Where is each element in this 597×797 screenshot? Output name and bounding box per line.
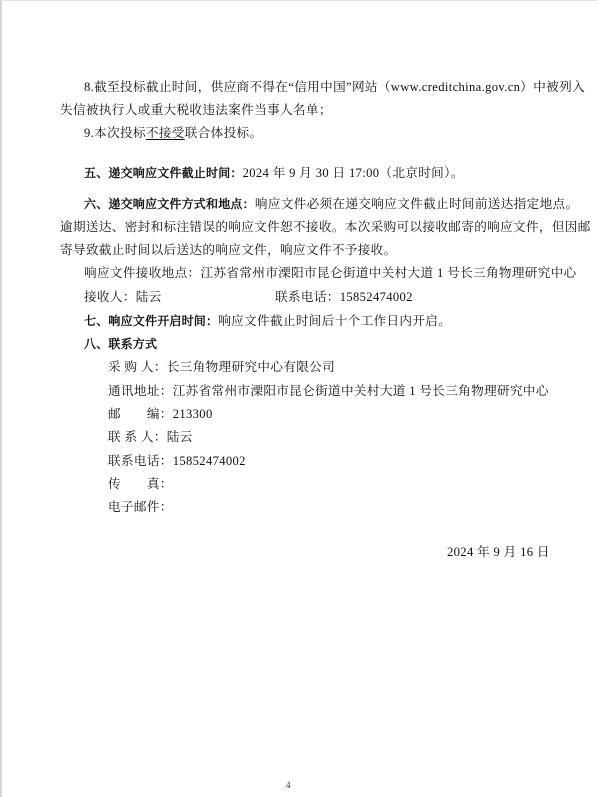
contact-value: 陆云: [167, 430, 193, 444]
contact-label: 邮 编：: [108, 406, 173, 422]
section-6-line-2: 逾期送达、密封和标注错误的响应文件恕不接收。本次采购可以接收邮寄的响应文件，但因…: [60, 219, 591, 235]
receiver: 接收人：陆云: [84, 289, 162, 305]
contact-email: 电子邮件：: [108, 499, 173, 515]
section-7-text: 响应文件截止时间后十个工作日内开启。: [218, 314, 451, 328]
section-5-text: 2024 年 9 月 30 日 17:00（北京时间）。: [243, 166, 464, 180]
page-number: 4: [286, 780, 291, 790]
contact-label: 电子邮件：: [108, 499, 173, 515]
document-page: 8.截至投标截止时间，供应商不得在“信用中国”网站（www.creditchin…: [0, 0, 597, 797]
item-8-line-1: 8.截至投标截止时间，供应商不得在“信用中国”网站（www.creditchin…: [84, 79, 585, 95]
contact-label: 通讯地址：: [108, 383, 173, 399]
item-9-prefix: 9.本次投标: [84, 126, 146, 140]
contact-value: 长三角物理研究中心有限公司: [167, 360, 335, 374]
contact-value: 江苏省常州市溧阳市昆仑街道中关村大道 1 号长三角物理研究中心: [173, 384, 549, 398]
receive-location: 响应文件接收地点：江苏省常州市溧阳市昆仑街道中关村大道 1 号长三角物理研究中心: [84, 265, 577, 281]
contact-label: 采 购 人：: [108, 359, 167, 375]
contact-postcode: 邮 编：213300: [108, 406, 213, 422]
item-9-underlined: 不接受: [146, 126, 185, 140]
contact-value: 213300: [173, 407, 213, 421]
contact-person: 联 系 人：陆云: [108, 429, 193, 445]
section-8-heading-text: 八、联系方式: [84, 337, 157, 351]
section-8-heading: 八、联系方式: [84, 336, 157, 352]
section-6-text: 响应文件必须在递交响应文件截止时间前送达指定地点。: [255, 197, 579, 211]
section-7: 七、响应文件开启时间：响应文件截止时间后十个工作日内开启。: [84, 313, 451, 329]
contact-label: 传 真：: [108, 476, 173, 492]
contact-address: 通讯地址：江苏省常州市溧阳市昆仑街道中关村大道 1 号长三角物理研究中心: [108, 383, 549, 399]
item-9-suffix: 联合体投标。: [185, 126, 263, 140]
section-5-heading: 五、递交响应文件截止时间：: [84, 166, 243, 180]
section-5: 五、递交响应文件截止时间：2024 年 9 月 30 日 17:00（北京时间）…: [84, 165, 464, 181]
item-9: 9.本次投标不接受联合体投标。: [84, 125, 262, 141]
contact-value: 15852474002: [173, 454, 246, 468]
contact-purchaser: 采 购 人：长三角物理研究中心有限公司: [108, 359, 335, 375]
section-6-heading: 六、递交响应文件方式和地点：: [84, 197, 255, 211]
section-6-line-1: 六、递交响应文件方式和地点：响应文件必须在递交响应文件截止时间前送达指定地点。: [84, 196, 578, 212]
receiver-phone: 联系电话：15852474002: [275, 289, 413, 305]
item-8-line-2: 失信被执行人或重大税收违法案件当事人名单；: [60, 102, 332, 118]
contact-phone: 联系电话：15852474002: [108, 453, 246, 469]
contact-label: 联系电话：: [108, 453, 173, 469]
contact-fax: 传 真：: [108, 476, 173, 492]
section-6-line-3: 寄导致截止时间以后送达的响应文件，响应文件不予接收。: [60, 242, 397, 258]
contact-label: 联 系 人：: [108, 429, 167, 445]
document-date: 2024 年 9 月 16 日: [447, 544, 550, 560]
section-7-heading: 七、响应文件开启时间：: [84, 314, 218, 328]
